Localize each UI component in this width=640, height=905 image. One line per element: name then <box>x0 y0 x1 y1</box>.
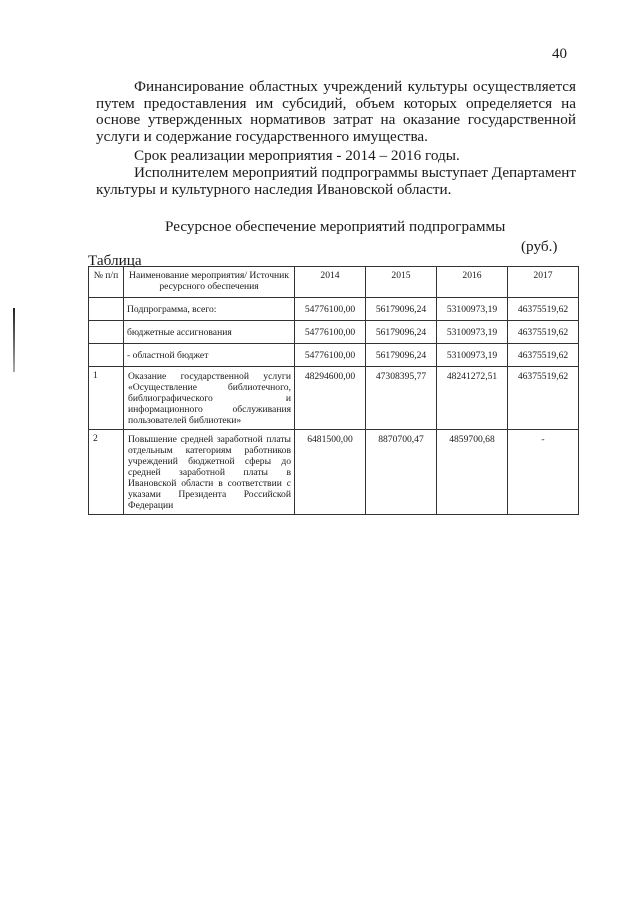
cell-2016: 4859700,68 <box>437 430 508 515</box>
table-row: Подпрограмма, всего: 54776100,00 5617909… <box>89 298 579 321</box>
cell-2014: 54776100,00 <box>295 321 366 344</box>
cell-no <box>89 321 124 344</box>
page-number: 40 <box>552 46 567 63</box>
table-header-row: № п/п Наименование мероприятия/ Источник… <box>89 267 579 298</box>
paragraph-financing: Финансирование областных учреждений куль… <box>96 79 576 145</box>
cell-2016: 53100973,19 <box>437 321 508 344</box>
table-row: 1 Оказание государственной услуги «Осуще… <box>89 367 579 430</box>
cell-2016: 53100973,19 <box>437 344 508 367</box>
header-year-2015: 2015 <box>366 267 437 298</box>
header-no: № п/п <box>89 267 124 298</box>
paragraph-period: Срок реализации мероприятия - 2014 – 201… <box>96 148 576 165</box>
cell-name: Оказание государственной услуги «Осущест… <box>124 367 295 430</box>
header-year-2017: 2017 <box>508 267 579 298</box>
table-title: Ресурсное обеспечение мероприятий подпро… <box>165 218 505 236</box>
header-year-2016: 2016 <box>437 267 508 298</box>
cell-2017: - <box>508 430 579 515</box>
cell-2016: 48241272,51 <box>437 367 508 430</box>
table-row: 2 Повышение средней заработной платы отд… <box>89 430 579 515</box>
cell-2015: 47308395,77 <box>366 367 437 430</box>
resource-table: № п/п Наименование мероприятия/ Источник… <box>88 266 579 515</box>
header-year-2014: 2014 <box>295 267 366 298</box>
cell-name: Подпрограмма, всего: <box>124 298 295 321</box>
table-row: - областной бюджет 54776100,00 56179096,… <box>89 344 579 367</box>
cell-no: 2 <box>89 430 124 515</box>
cell-2015: 56179096,24 <box>366 298 437 321</box>
units-label: (руб.) <box>521 238 557 256</box>
cell-2014: 54776100,00 <box>295 298 366 321</box>
cell-2014: 54776100,00 <box>295 344 366 367</box>
cell-2015: 56179096,24 <box>366 344 437 367</box>
cell-name: Повышение средней заработной платы отдел… <box>124 430 295 515</box>
cell-2015: 56179096,24 <box>366 321 437 344</box>
cell-no <box>89 344 124 367</box>
cell-2016: 53100973,19 <box>437 298 508 321</box>
header-name: Наименование мероприятия/ Источник ресур… <box>124 267 295 298</box>
cell-name: бюджетные ассигнования <box>124 321 295 344</box>
cell-2017: 46375519,62 <box>508 321 579 344</box>
scan-artifact-mark <box>13 308 15 372</box>
cell-name: - областной бюджет <box>124 344 295 367</box>
paragraph-executor: Исполнителем мероприятий подпрограммы вы… <box>96 165 576 198</box>
table-row: бюджетные ассигнования 54776100,00 56179… <box>89 321 579 344</box>
cell-no <box>89 298 124 321</box>
cell-2014: 6481500,00 <box>295 430 366 515</box>
cell-2017: 46375519,62 <box>508 344 579 367</box>
cell-2014: 48294600,00 <box>295 367 366 430</box>
cell-2017: 46375519,62 <box>508 298 579 321</box>
cell-2015: 8870700,47 <box>366 430 437 515</box>
cell-no: 1 <box>89 367 124 430</box>
cell-2017: 46375519,62 <box>508 367 579 430</box>
